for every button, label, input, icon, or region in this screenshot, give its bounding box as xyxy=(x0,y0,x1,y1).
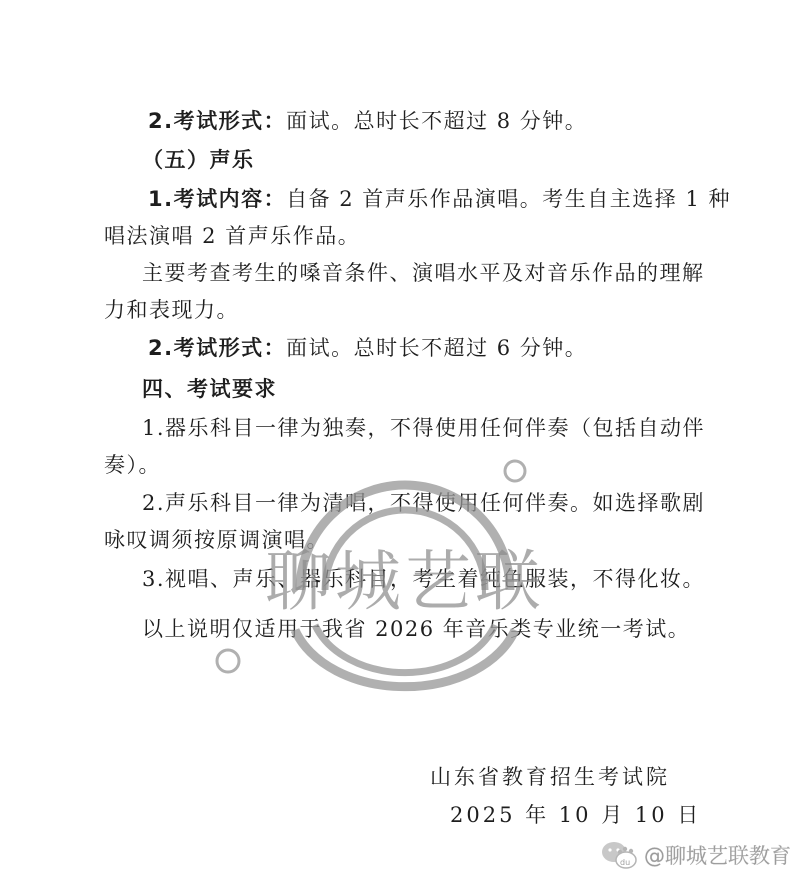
footer-watermark: du @聊城艺联教育 xyxy=(600,840,791,870)
exam-focus-line: 主要考查考生的嗓音条件、演唱水平及对音乐作品的理解 xyxy=(142,259,705,287)
watermark-text: 聊城艺联 xyxy=(265,528,545,623)
exam-content-label: 1.考试内容： xyxy=(148,187,286,211)
section-heading-vocal: （五）声乐 xyxy=(142,146,255,174)
requirement-1-continuation: 奏）。 xyxy=(104,451,161,479)
exam-format-line-1: 2.考试形式：面试。总时长不超过 8 分钟。 xyxy=(148,107,587,135)
exam-content-text: 自备 2 首声乐作品演唱。考生自主选择 1 种 xyxy=(286,187,731,211)
watermark-handle: @聊城艺联教育 xyxy=(644,840,791,870)
wechat-icon: du xyxy=(600,840,640,870)
watermark-circle-icon xyxy=(502,458,528,484)
signature-date: 2025 年 10 月 10 日 xyxy=(450,801,701,829)
svg-text:du: du xyxy=(620,858,630,867)
exam-format-text: 面试。总时长不超过 8 分钟。 xyxy=(286,109,587,133)
exam-content-continuation: 唱法演唱 2 首声乐作品。 xyxy=(104,222,360,250)
section-heading-requirements: 四、考试要求 xyxy=(142,375,277,403)
signature-organization: 山东省教育招生考试院 xyxy=(430,763,670,791)
watermark-circle-icon xyxy=(213,646,243,676)
exam-format-label: 2.考试形式： xyxy=(148,109,286,133)
requirement-1: 1.器乐科目一律为独奏，不得使用任何伴奏（包括自动伴 xyxy=(142,414,705,442)
exam-focus-continuation: 力和表现力。 xyxy=(104,296,239,324)
exam-format-line-2: 2.考试形式：面试。总时长不超过 6 分钟。 xyxy=(148,334,587,362)
exam-format-label-2: 2.考试形式： xyxy=(148,336,286,360)
document-page: 2.考试形式：面试。总时长不超过 8 分钟。 （五）声乐 1.考试内容：自备 2… xyxy=(0,0,800,884)
exam-format-text-2: 面试。总时长不超过 6 分钟。 xyxy=(286,336,587,360)
exam-content-line: 1.考试内容：自备 2 首声乐作品演唱。考生自主选择 1 种 xyxy=(148,185,731,213)
